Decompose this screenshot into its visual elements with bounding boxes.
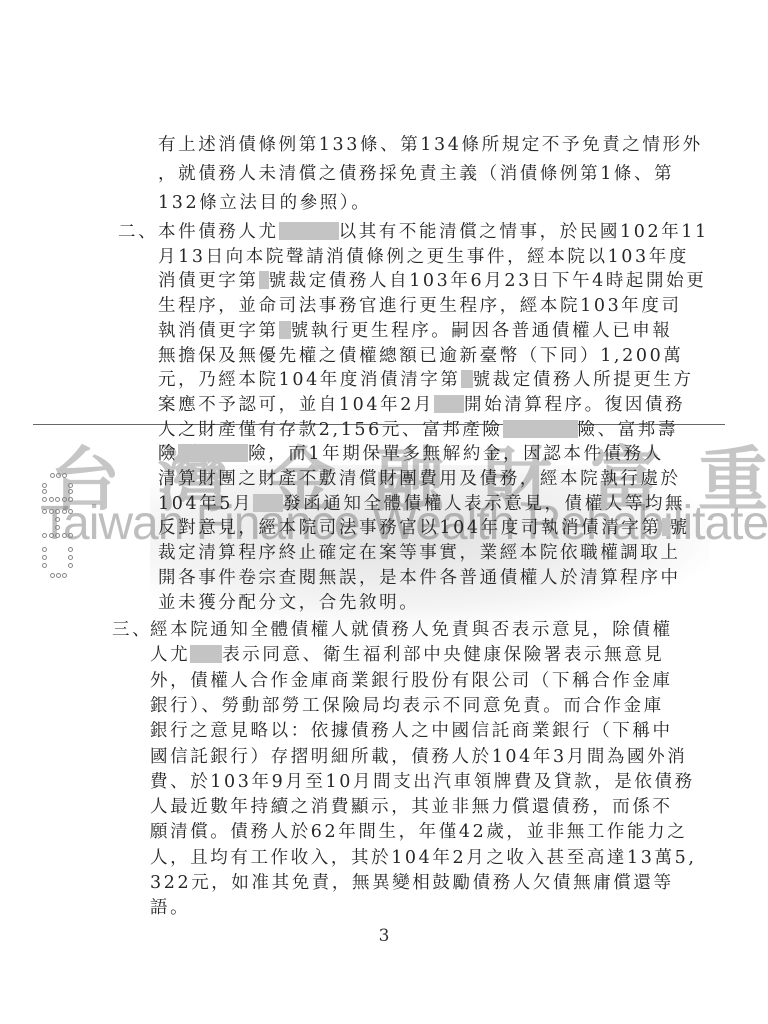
text-line: 本件債務人尤以其有不能清償之情事，於民國102年11 [158,222,709,242]
text-line: 元，乃經本院104年度消債清字第號裁定債務人所提更生方 [158,370,694,390]
text-line: 費、於103年9月至10月間支出汽車領牌費及貸款，是依債務 [150,772,695,792]
redaction-box [190,645,222,663]
text-segment: 開始清算程序。復因債務 [464,395,685,415]
text-line: 並未獲分配分文，合先敘明。 [158,593,419,613]
redaction-box [461,370,473,388]
text-segment: 號裁定債務人自103年6月23日下午4時起開始更 [269,271,707,291]
text-segment: 號裁定債務人所提更生方 [473,370,694,390]
text-segment: 語。 [150,898,190,918]
text-line: 人之財產僅有存款2,156元、富邦產險險、富邦壽 [158,420,678,440]
text-segment: 104年5月 [158,494,253,514]
text-segment: 案應不予認可，並自104年2月 [158,395,434,415]
redaction-box [662,518,670,536]
section-marker: 二、 [118,222,158,242]
text-line: 人尤表示同意、衛生福利部中央健康保險署表示無意見 [150,645,664,665]
text-segment: 並未獲分配分文，合先敘明。 [158,593,419,613]
section-marker: 三、 [112,620,152,640]
text-segment: 號 [670,518,690,538]
text-segment: 人，且均有工作收入，其於104年2月之收入甚至高達13萬5, [150,848,697,868]
text-segment: 險、富邦壽 [578,420,679,440]
text-segment: 人最近數年持續之消費顯示，其並非無力償還債務，而係不 [150,797,673,817]
text-segment: 開各事件卷宗查閱無誤，是本件各普通債權人於清算程序中 [158,568,681,588]
redaction-box [434,395,464,413]
text-line: 人，且均有工作收入，其於104年2月之收入甚至高達13萬5, [150,848,697,868]
redaction-box [259,271,269,289]
text-line: 生程序，並命司法事務官進行更生程序，經本院103年度司 [158,296,682,316]
text-segment: 經本院通知全體債權人就債務人免責與否表示意見，除債權 [150,620,673,640]
text-line: ，就債務人未清償之債務採免責主義（消債條例第1條、第 [158,164,674,184]
text-line: 322元，如准其免責，無異變相鼓勵債務人欠債無庸償還等 [150,873,674,893]
text-line: 語。 [150,898,190,918]
redaction-box [253,494,283,512]
text-segment: 銀行）、勞動部勞工保險局均表示不同意免責。而合作金庫 [150,696,664,716]
text-line: 132條立法目的參照）。 [158,193,371,213]
text-line: 反對意見，經本院司法事務官以104年度司執消債清字第號 [158,518,690,538]
text-line: 有上述消債條例第133條、第134條所規定不予免責之情形外 [158,135,703,155]
text-segment: 生程序，並命司法事務官進行更生程序，經本院103年度司 [158,296,682,316]
text-line: 銀行）、勞動部勞工保險局均表示不同意免責。而合作金庫 [150,696,664,716]
text-segment: 人之財產僅有存款2,156元、富邦產險 [158,420,503,440]
text-segment: 清算財團之財產不敷清償財團費用及債務，經本院執行處於 [158,469,681,489]
text-line: 案應不予認可，並自104年2月開始清算程序。復因債務 [158,395,685,415]
text-segment: 表示同意、衛生福利部中央健康保險署表示無意見 [222,645,664,665]
text-segment: 人尤 [150,645,190,665]
text-segment: 險 [158,444,178,464]
text-line: 無擔保及無優先權之債權總額已逾新臺幣（下同）1,200萬 [158,346,683,366]
redaction-box [178,444,248,462]
text-segment: 裁定清算程序終止確定在案等事實，業經本院依職權調取上 [158,543,681,563]
text-line: 銀行之意見略以：依據債務人之中國信託商業銀行（下稱中 [150,721,673,741]
text-segment: 以其有不能清償之情事，於民國102年11 [339,222,709,242]
text-line: 月13日向本院聲請消債條例之更生事件，經本院以103年度 [158,247,689,267]
text-line: 裁定清算程序終止確定在案等事實，業經本院依職權調取上 [158,543,681,563]
redaction-box [279,222,339,240]
text-line: 人最近數年持續之消費顯示，其並非無力償還債務，而係不 [150,797,673,817]
document-body: 有上述消債條例第133條、第134條所規定不予免責之情形外 ，就債務人未清償之債… [0,0,768,1024]
text-line: 104年5月發函通知全體債權人表示意見，債權人等均無 [158,494,685,514]
text-line: 清算財團之財產不敷清償財團費用及債務，經本院執行處於 [158,469,681,489]
text-line: 消債更字第號裁定債務人自103年6月23日下午4時起開始更 [158,271,706,291]
text-segment: 執消債更字第 [158,321,279,341]
redaction-box [503,420,578,438]
text-line: 外，債權人合作金庫商業銀行股份有限公司（下稱合作金庫 [150,671,673,691]
text-segment: 消債更字第 [158,271,259,291]
text-segment: 銀行之意見略以：依據債務人之中國信託商業銀行（下稱中 [150,721,673,741]
text-line: 執消債更字第號執行更生程序。嗣因各普通債權人已申報 [158,321,673,341]
text-segment: 元，乃經本院104年度消債清字第 [158,370,461,390]
document-page: 台灣金融財富重建協會 Taiwan Finance Wealth Rehabil… [0,0,768,1024]
text-segment: 發函通知全體債權人表示意見，債權人等均無 [283,494,685,514]
text-line: 經本院通知全體債權人就債務人免責與否表示意見，除債權 [150,620,673,640]
text-line: 願清償。債務人於62年間生，年僅42歲，並非無工作能力之 [150,822,687,842]
text-segment: 無擔保及無優先權之債權總額已逾新臺幣（下同）1,200萬 [158,346,683,366]
text-segment: 外，債權人合作金庫商業銀行股份有限公司（下稱合作金庫 [150,671,673,691]
text-segment: 月13日向本院聲請消債條例之更生事件，經本院以103年度 [158,247,689,267]
text-segment: 費、於103年9月至10月間支出汽車領牌費及貸款，是依債務 [150,772,695,792]
text-segment: 反對意見，經本院司法事務官以104年度司執消債清字第 [158,518,662,538]
text-segment: 險，而1年期保單多無解約金，因認本件債務人 [248,444,664,464]
redaction-box [279,321,291,339]
text-segment: 本件債務人尤 [158,222,279,242]
text-segment: 願清償。債務人於62年間生，年僅42歲，並非無工作能力之 [150,822,687,842]
text-segment: 322元，如准其免責，無異變相鼓勵債務人欠債無庸償還等 [150,873,674,893]
text-segment: 國信託銀行）存摺明細所載，債務人於104年3月間為國外消 [150,747,687,767]
text-line: 開各事件卷宗查閱無誤，是本件各普通債權人於清算程序中 [158,568,681,588]
text-line: 國信託銀行）存摺明細所載，債務人於104年3月間為國外消 [150,747,687,767]
text-line: 險險，而1年期保單多無解約金，因認本件債務人 [158,444,664,464]
text-segment: 號執行更生程序。嗣因各普通債權人已申報 [291,321,673,341]
